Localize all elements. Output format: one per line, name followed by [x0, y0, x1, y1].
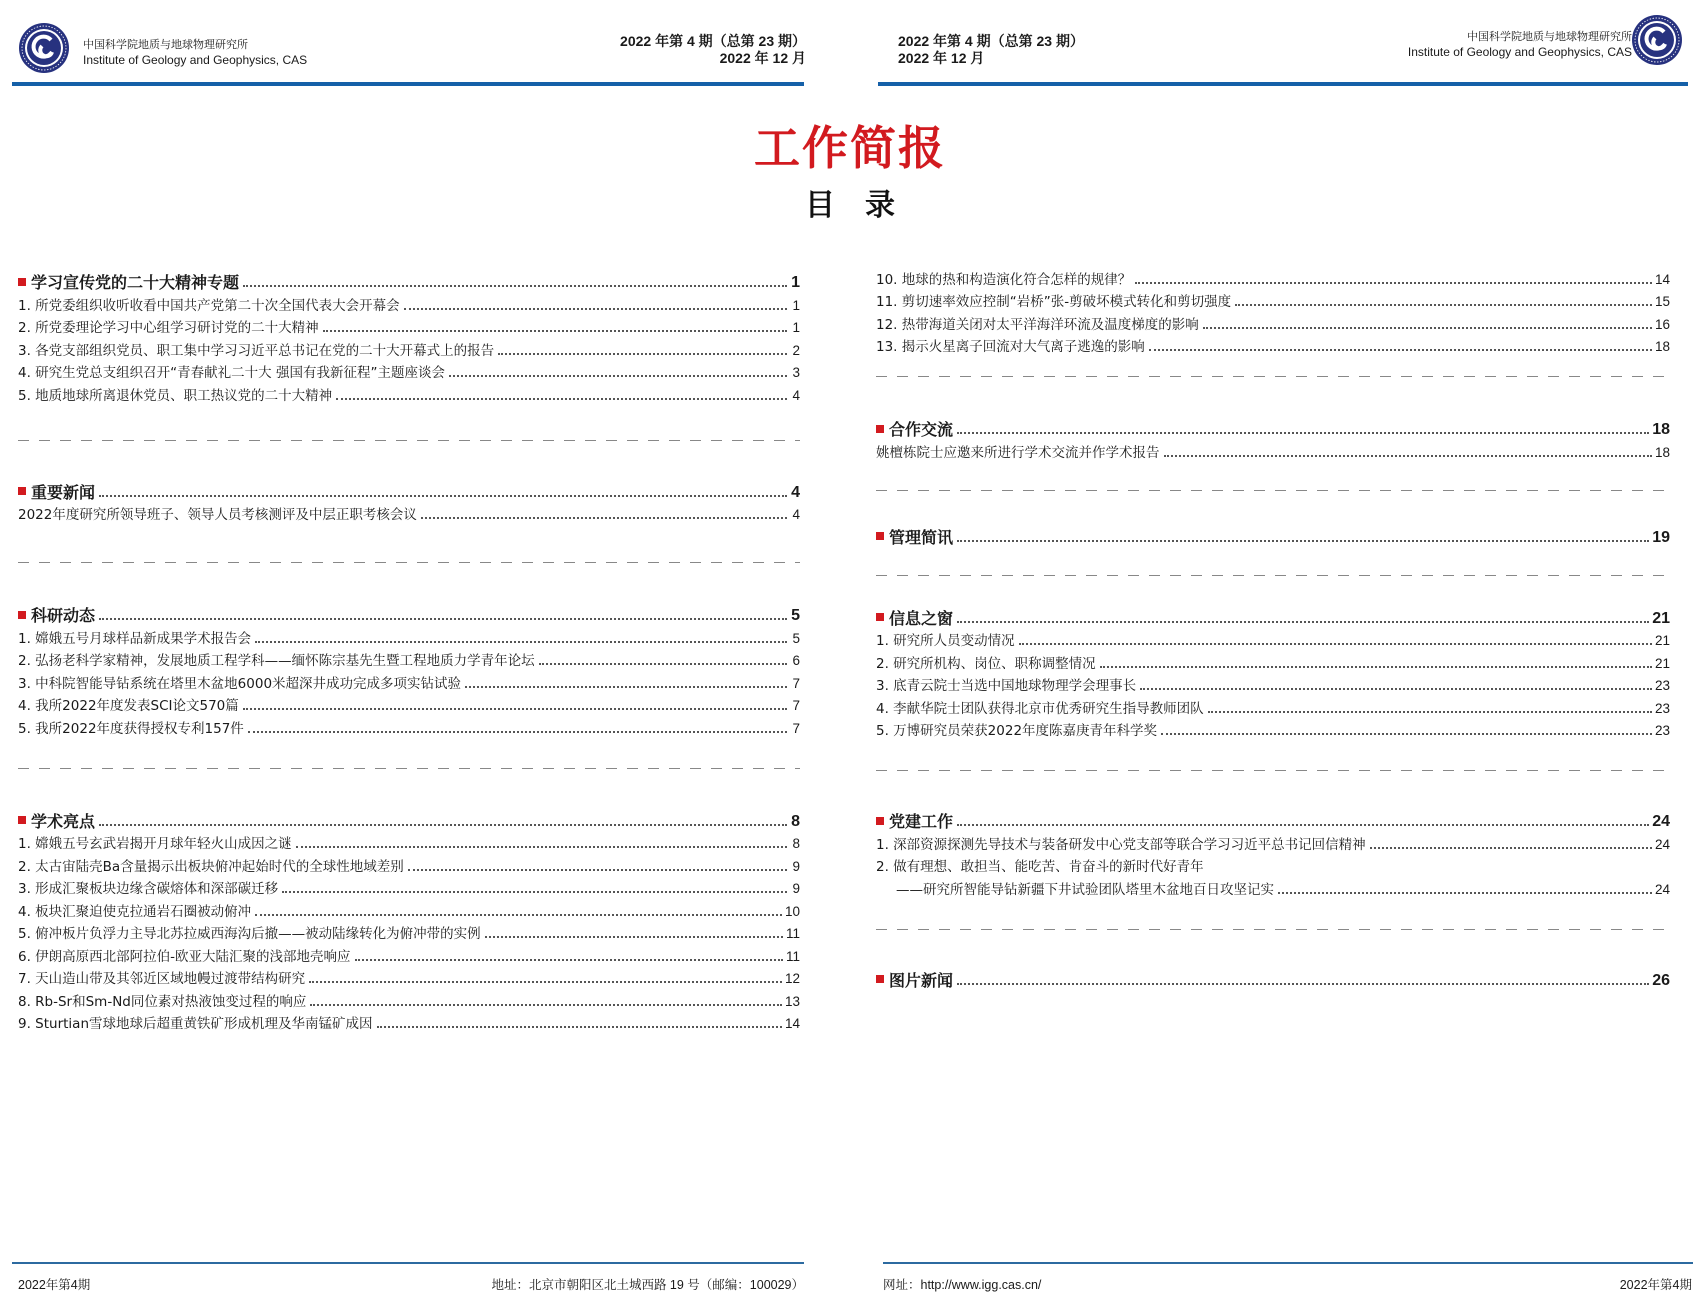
toc-right: 10. 地球的热和构造演化符合怎样的规律？14 11. 剪切速率效应控制“岩桥”… [896, 266, 1670, 356]
item-title: 1. 嫦娥五号玄武岩揭开月球年轻火山成因之谜 [18, 835, 292, 853]
item-title: 4. 研究生党总支组织召开“青春献礼二十大 强国有我新征程”主题座谈会 [18, 364, 445, 382]
page-number: 21 [1652, 610, 1670, 628]
footer-issue: 2022年第4期 [18, 1275, 90, 1293]
header-rule [878, 82, 1688, 86]
toc-section[interactable]: 重要新闻4 [18, 476, 800, 502]
item-title: 3. 中科院智能导钻系统在塔里木盆地6000米超深井成功完成多项实钻试验 [18, 675, 461, 693]
item-title: 姚檀栋院士应邀来所进行学术交流并作学术报告 [876, 444, 1160, 462]
toc-item[interactable]: 12. 热带海道关闭对太平洋海洋环流及温度梯度的影响16 [876, 311, 1670, 334]
page-number: 2 [790, 342, 800, 360]
institute-name-en: Institute of Geology and Geophysics, CAS [83, 52, 307, 68]
item-title: 4. 我所2022年度发表SCI论文570篇 [18, 697, 239, 715]
page-number: 16 [1655, 316, 1670, 334]
institute-name: 中国科学院地质与地球物理研究所 Institute of Geology and… [1408, 30, 1632, 60]
toc-item[interactable]: 7. 天山造山带及其邻近区域地幔过渡带结构研究12 [18, 966, 800, 989]
section-title: 学术亮点 [31, 812, 95, 831]
institute-name-cn: 中国科学院地质与地球物理研究所 [83, 38, 307, 52]
footer-rule [12, 1262, 804, 1264]
page-number: 7 [790, 720, 800, 738]
footer-issue: 2022年第4期 [1620, 1275, 1692, 1293]
toc-item[interactable]: 4. 我所2022年度发表SCI论文570篇7 [18, 693, 800, 716]
red-square-icon [18, 816, 26, 824]
page-number: 1 [790, 297, 800, 315]
toc-section[interactable]: 学习宣传党的二十大精神专题1 [18, 266, 800, 292]
page-number: 8 [790, 813, 800, 831]
toc-section[interactable]: 学术亮点8 [18, 805, 800, 831]
item-title: 1. 深部资源探测先导技术与装备研发中心党支部等联合学习习近平总书记回信精神 [876, 836, 1366, 854]
section-title: 学习宣传党的二十大精神专题 [31, 273, 239, 292]
section-title: 管理简讯 [889, 528, 953, 547]
item-title: 4. 板块汇聚迫使克拉通岩石圈被动俯冲 [18, 903, 251, 921]
page-number: 4 [790, 484, 800, 502]
toc-item[interactable]: 1. 研究所人员变动情况21 [876, 628, 1670, 651]
item-title: 2. 弘扬老科学家精神，发展地质工程学科——缅怀陈宗基先生暨工程地质力学青年论坛 [18, 652, 535, 670]
item-title: 7. 天山造山带及其邻近区域地幔过渡带结构研究 [18, 970, 305, 988]
page-number: 1 [790, 319, 800, 337]
item-title: 2. 所党委理论学习中心组学习研讨党的二十大精神 [18, 319, 319, 337]
toc-item[interactable]: 2. 所党委理论学习中心组学习研讨党的二十大精神1 [18, 315, 800, 338]
toc-item[interactable]: 5. 我所2022年度获得授权专利157件7 [18, 715, 800, 738]
item-title: 1. 嫦娥五号月球样品新成果学术报告会 [18, 630, 251, 648]
item-title: 2. 研究所机构、岗位、职称调整情况 [876, 655, 1096, 673]
toc-section[interactable]: 合作交流18 [876, 413, 1670, 439]
page-number: 21 [1655, 655, 1670, 673]
section-title: 科研动态 [31, 606, 95, 625]
red-square-icon [876, 817, 884, 825]
toc-item[interactable]: 3. 中科院智能导钻系统在塔里木盆地6000米超深井成功完成多项实钻试验7 [18, 670, 800, 693]
red-square-icon [876, 425, 884, 433]
institute-name: 中国科学院地质与地球物理研究所 Institute of Geology and… [83, 38, 307, 68]
page-number: 11 [786, 948, 800, 966]
toc-item[interactable]: 6. 伊朗高原西北部阿拉伯-欧亚大陆汇聚的浅部地壳响应11 [18, 943, 800, 966]
page-number: 14 [1655, 271, 1670, 289]
red-square-icon [876, 613, 884, 621]
toc-item[interactable]: 5. 万博研究员荣获2022年度陈嘉庚青年科学奖23 [876, 718, 1670, 741]
item-title: 3. 底青云院士当选中国地球物理学会理事长 [876, 677, 1136, 695]
institute-logo-icon [18, 22, 70, 74]
item-title: 2. 做有理想、敢担当、能吃苦、肯奋斗的新时代好青年 [876, 858, 1204, 876]
page-number: 7 [790, 697, 800, 715]
toc-item[interactable]: 2022年度研究所领导班子、领导人员考核测评及中层正职考核会议4 [18, 502, 800, 525]
item-title: 5. 俯冲板片负浮力主导北苏拉威西海沟后撤——被动陆缘转化为俯冲带的实例 [18, 925, 481, 943]
item-title: 2022年度研究所领导班子、领导人员考核测评及中层正职考核会议 [18, 506, 417, 524]
footer-rule [883, 1262, 1693, 1264]
page-number: 23 [1655, 677, 1670, 695]
item-title: 1. 研究所人员变动情况 [876, 632, 1015, 650]
red-square-icon [876, 532, 884, 540]
toc-item[interactable]: 9. Sturtian雪球地球后超重黄铁矿形成机理及华南锰矿成因14 [18, 1011, 800, 1034]
institute-name-cn: 中国科学院地质与地球物理研究所 [1408, 30, 1632, 44]
institute-name-en: Institute of Geology and Geophysics, CAS [1408, 44, 1632, 60]
institute-logo-icon [1631, 14, 1683, 66]
page-number: 26 [1652, 972, 1670, 990]
toc-section[interactable]: 信息之窗21 [876, 602, 1670, 628]
toc-item[interactable]: 1. 嫦娥五号月球样品新成果学术报告会5 [18, 625, 800, 648]
section-title: 合作交流 [889, 420, 953, 439]
toc-item[interactable]: 11. 剪切速率效应控制“岩桥”张-剪破坏模式转化和剪切强度15 [876, 289, 1670, 312]
item-title: 11. 剪切速率效应控制“岩桥”张-剪破坏模式转化和剪切强度 [876, 293, 1231, 311]
page-number: 18 [1652, 421, 1670, 439]
page-number: 5 [790, 630, 800, 648]
item-title: 8. Rb-Sr和Sm-Nd同位素对热液蚀变过程的响应 [18, 993, 306, 1011]
page-number: 5 [790, 607, 800, 625]
toc-item[interactable]: ——研究所智能导钻新疆下井试验团队塔里木盆地百日攻坚记实24 [876, 876, 1670, 899]
page-number: 9 [790, 858, 800, 876]
toc-item[interactable]: 2. 弘扬老科学家精神，发展地质工程学科——缅怀陈宗基先生暨工程地质力学青年论坛… [18, 648, 800, 671]
page-number: 15 [1655, 293, 1670, 311]
footer-address: 地址：北京市朝阳区北土城西路 19 号（邮编：100029） [491, 1275, 804, 1293]
section-title: 党建工作 [889, 812, 953, 831]
toc-item[interactable]: 4. 板块汇聚迫使克拉通岩石圈被动俯冲10 [18, 898, 800, 921]
page-number: 23 [1655, 700, 1670, 718]
issue-info: 2022 年第 4 期（总第 23 期） 2022 年 12 月 [620, 33, 806, 67]
item-title: 5. 万博研究员荣获2022年度陈嘉庚青年科学奖 [876, 722, 1157, 740]
page-number: 11 [786, 925, 800, 943]
toc-item[interactable]: 2. 研究所机构、岗位、职称调整情况21 [876, 650, 1670, 673]
item-title: 9. Sturtian雪球地球后超重黄铁矿形成机理及华南锰矿成因 [18, 1015, 373, 1033]
item-title: 5. 我所2022年度获得授权专利157件 [18, 720, 244, 738]
page-number: 3 [790, 364, 800, 382]
toc-item[interactable]: 姚檀栋院士应邀来所进行学术交流并作学术报告18 [876, 439, 1670, 462]
issue-date: 2022 年 12 月 [898, 50, 1084, 67]
toc-item[interactable]: 4. 研究生党总支组织召开“青春献礼二十大 强国有我新征程”主题座谈会3 [18, 360, 800, 383]
page-number: 8 [790, 835, 800, 853]
page-number: 10 [785, 903, 800, 921]
issue-number: 2022 年第 4 期（总第 23 期） [620, 33, 806, 50]
toc-item[interactable]: 1. 嫦娥五号玄武岩揭开月球年轻火山成因之谜8 [18, 831, 800, 854]
page-number: 24 [1655, 881, 1670, 899]
section-title: 重要新闻 [31, 483, 95, 502]
item-title: 13. 揭示火星离子回流对大气离子逃逸的影响 [876, 338, 1145, 356]
toc-item[interactable]: 5. 地质地球所离退休党员、职工热议党的二十大精神4 [18, 382, 800, 405]
red-square-icon [876, 975, 884, 983]
header-rule [12, 82, 804, 86]
red-square-icon [18, 487, 26, 495]
page-number: 14 [785, 1015, 800, 1033]
section-title: 信息之窗 [889, 609, 953, 628]
toc-item[interactable]: 13. 揭示火星离子回流对大气离子逃逸的影响18 [876, 334, 1670, 357]
page-number: 7 [790, 675, 800, 693]
toc-left: 学习宣传党的二十大精神专题1 1. 所党委组织收听收看中国共产党第二十次全国代表… [18, 266, 800, 1033]
toc-right-main: 合作交流18 姚檀栋院士应邀来所进行学术交流并作学术报告18 管理简讯19 信息… [876, 376, 1670, 990]
item-title: 3. 形成汇聚板块边缘含碳熔体和深部碳迁移 [18, 880, 278, 898]
item-subtitle: ——研究所智能导钻新疆下井试验团队塔里木盆地百日攻坚记实 [876, 881, 1274, 899]
page-number: 6 [790, 652, 800, 670]
toc-item[interactable]: 3. 底青云院士当选中国地球物理学会理事长23 [876, 673, 1670, 696]
red-square-icon [18, 278, 26, 286]
toc-section[interactable]: 管理简讯19 [876, 521, 1670, 547]
item-title: 5. 地质地球所离退休党员、职工热议党的二十大精神 [18, 387, 332, 405]
page-number: 1 [790, 274, 800, 292]
toc-item[interactable]: 3. 各党支部组织党员、职工集中学习习近平总书记在党的二十大开幕式上的报告2 [18, 337, 800, 360]
toc-section[interactable]: 图片新闻26 [876, 964, 1670, 990]
toc-item[interactable]: 4. 李献华院士团队获得北京市优秀研究生指导教师团队23 [876, 695, 1670, 718]
page-number: 18 [1655, 338, 1670, 356]
issue-date: 2022 年 12 月 [620, 50, 806, 67]
toc-item[interactable]: 2. 做有理想、敢担当、能吃苦、肯奋斗的新时代好青年 [876, 854, 1670, 877]
right-page: 2022 年第 4 期（总第 23 期） 2022 年 12 月 中国科学院地质… [850, 0, 1700, 1299]
page-number: 4 [790, 387, 800, 405]
page-number: 24 [1655, 836, 1670, 854]
page-number: 21 [1655, 632, 1670, 650]
toc-item[interactable]: 5. 俯冲板片负浮力主导北苏拉威西海沟后撤——被动陆缘转化为俯冲带的实例11 [18, 921, 800, 944]
footer-website[interactable]: 网址：http://www.igg.cas.cn/ [883, 1275, 1041, 1293]
item-title: 1. 所党委组织收听收看中国共产党第二十次全国代表大会开幕会 [18, 297, 400, 315]
red-square-icon [18, 611, 26, 619]
page-number: 12 [785, 970, 800, 988]
item-title: 6. 伊朗高原西北部阿拉伯-欧亚大陆汇聚的浅部地壳响应 [18, 948, 351, 966]
item-title: 2. 太古宙陆壳Ba含量揭示出板块俯冲起始时代的全球性地域差别 [18, 858, 404, 876]
toc-section[interactable]: 党建工作24 [876, 805, 1670, 831]
page-number: 4 [790, 506, 800, 524]
page-number: 23 [1655, 722, 1670, 740]
item-title: 4. 李献华院士团队获得北京市优秀研究生指导教师团队 [876, 700, 1204, 718]
item-title: 10. 地球的热和构造演化符合怎样的规律？ [876, 271, 1131, 289]
issue-info: 2022 年第 4 期（总第 23 期） 2022 年 12 月 [898, 33, 1084, 67]
page-number: 24 [1652, 813, 1670, 831]
toc-item[interactable]: 2. 太古宙陆壳Ba含量揭示出板块俯冲起始时代的全球性地域差别9 [18, 853, 800, 876]
page-number: 18 [1655, 444, 1670, 462]
issue-number: 2022 年第 4 期（总第 23 期） [898, 33, 1084, 50]
toc-section[interactable]: 科研动态5 [18, 599, 800, 625]
section-title: 图片新闻 [889, 971, 953, 990]
page-number: 13 [785, 993, 800, 1011]
item-title: 12. 热带海道关闭对太平洋海洋环流及温度梯度的影响 [876, 316, 1199, 334]
toc-item[interactable]: 8. Rb-Sr和Sm-Nd同位素对热液蚀变过程的响应13 [18, 988, 800, 1011]
item-title: 3. 各党支部组织党员、职工集中学习习近平总书记在党的二十大开幕式上的报告 [18, 342, 494, 360]
page-number: 9 [790, 880, 800, 898]
page-number: 19 [1652, 529, 1670, 547]
toc-item[interactable]: 3. 形成汇聚板块边缘含碳熔体和深部碳迁移9 [18, 876, 800, 899]
toc-item[interactable]: 10. 地球的热和构造演化符合怎样的规律？14 [876, 266, 1670, 289]
toc-item[interactable]: 1. 深部资源探测先导技术与装备研发中心党支部等联合学习习近平总书记回信精神24 [876, 831, 1670, 854]
toc-item[interactable]: 1. 所党委组织收听收看中国共产党第二十次全国代表大会开幕会1 [18, 292, 800, 315]
